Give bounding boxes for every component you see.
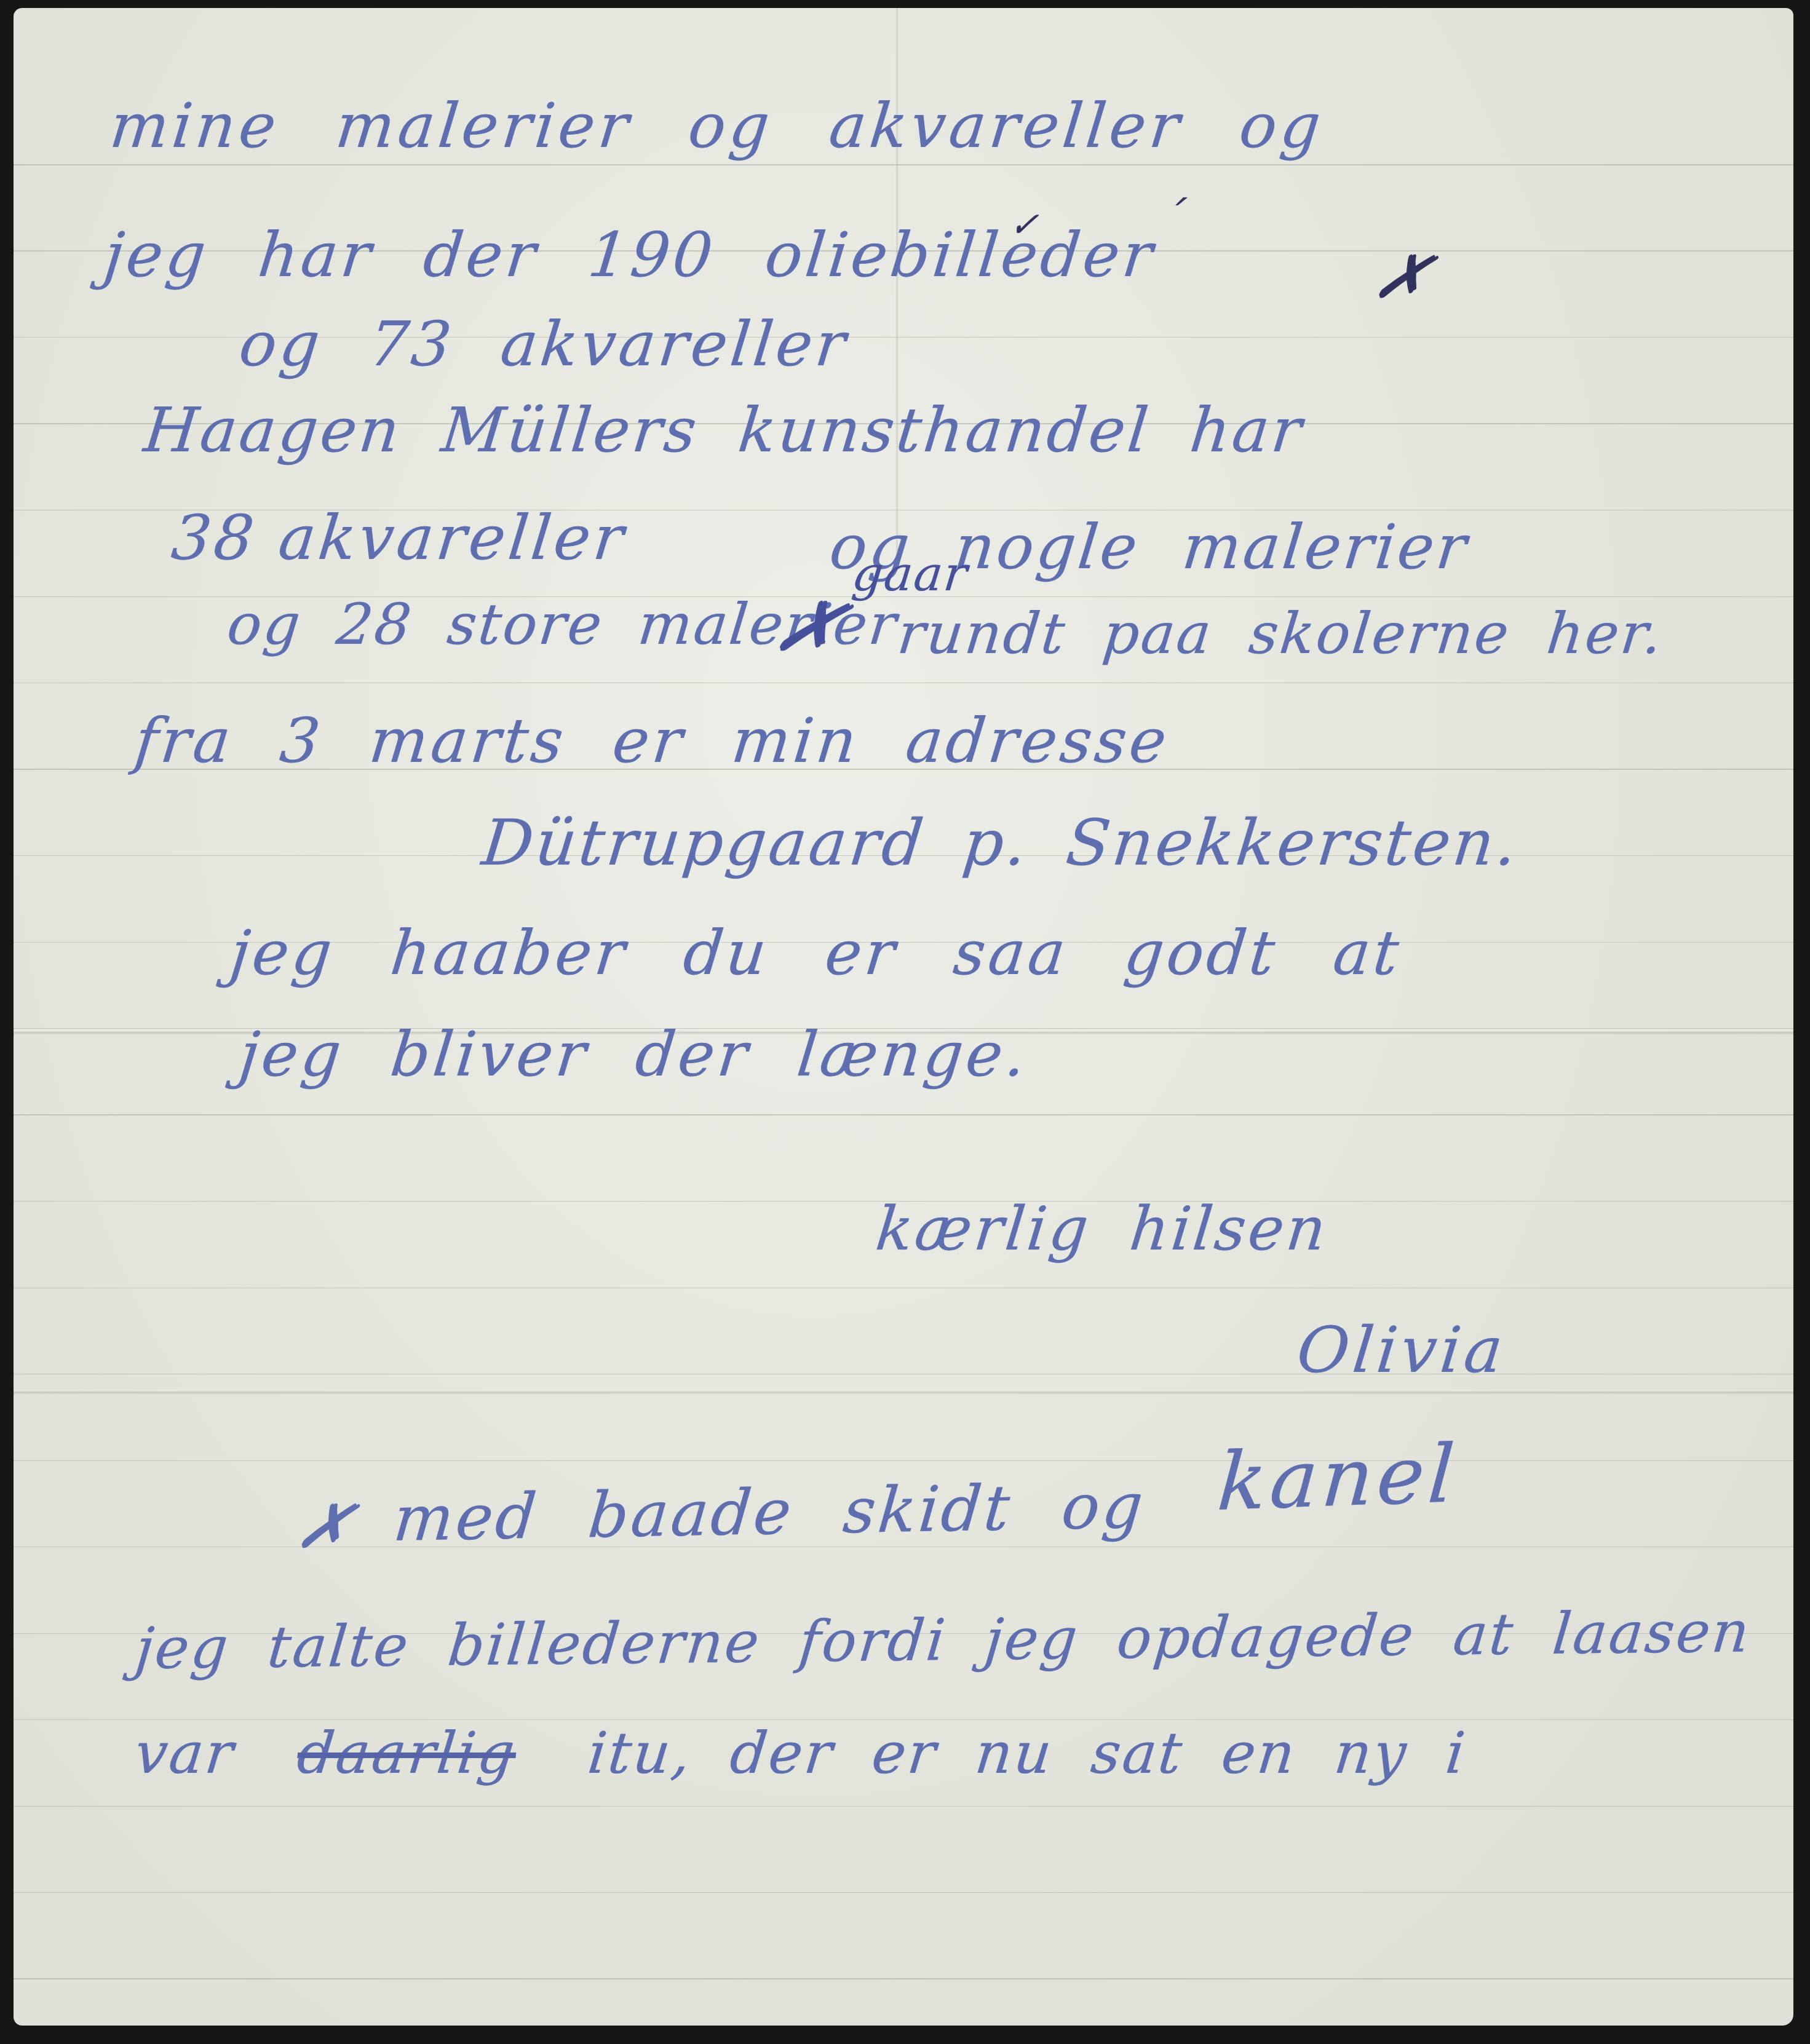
letter-scan: mine malerier og akvareller og ✓ ˊ jeg h…	[0, 0, 1810, 2044]
letter-line-8-address: Dütrupgaard p. Snekkersten.	[479, 812, 1522, 875]
ps-line-3-rest: itu, der er nu sat en ny i	[585, 1720, 1470, 1786]
letter-line-5a: 38 akvareller	[169, 507, 629, 569]
letter-line-2: jeg har der 190 oliebilleder	[101, 224, 1158, 286]
ps-line-1a: med baade skidt og	[391, 1475, 1148, 1551]
inserted-word-gaar: gaar	[850, 550, 970, 598]
letter-line-9: jeg haaber du er saa godt at	[227, 922, 1404, 984]
letter-line-1: mine malerier og akvareller og	[107, 95, 1327, 157]
ps-line-3-var: var	[132, 1720, 238, 1786]
ps-line-1b-kanel: kanel	[1215, 1433, 1461, 1521]
ps-line-3-struck-word: daarlig	[295, 1720, 520, 1786]
letter-line-3: og 73 akvareller	[236, 314, 851, 375]
tick-mark: ˊ	[1161, 196, 1187, 239]
closing-salutation: kærlig hilsen	[873, 1199, 1331, 1259]
signature: Olivia	[1294, 1319, 1509, 1382]
letter-line-10: jeg bliver der længe.	[236, 1024, 1031, 1085]
letter-line-4: Haagen Müllers kunsthandel har	[141, 400, 1306, 461]
ps-line-3: var daarlig itu, der er nu sat en ny i	[132, 1725, 1469, 1782]
horizontal-crease-lower	[14, 1390, 1793, 1395]
letter-line-7: fra 3 marts er min adresse	[132, 710, 1172, 772]
letter-line-6b: rundt paa skolerne her.	[895, 606, 1666, 662]
ps-line-2: jeg talte billederne fordi jeg opdagede …	[133, 1604, 1753, 1678]
